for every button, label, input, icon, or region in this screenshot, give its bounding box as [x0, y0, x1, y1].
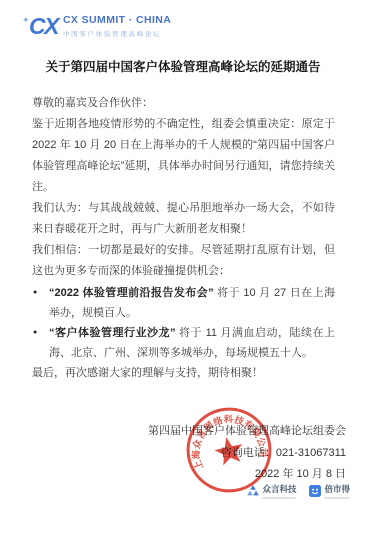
event-name: “2022 体验管理前沿报告发布会”: [49, 287, 214, 299]
sponsor-zhongyan: 众言科技: [247, 483, 296, 499]
sponsor-name: 众言科技: [262, 483, 296, 495]
bullet-item: “2022 体验管理前沿报告发布会” 将于 10 月 27 日在上海举办，规模百…: [32, 283, 335, 323]
brand-text: CX SUMMIT · CHINA 中国客户体验管理高峰论坛: [63, 14, 171, 38]
paragraph-reason: 我们认为：与其战战兢兢、提心吊胆地举办一场大会，不如待来日春暖花开之时，再与广大…: [32, 198, 335, 240]
brand-subtitle: 中国客户体验管理高峰论坛: [63, 29, 171, 38]
paragraph-belief: 我们相信：一切都是最好的安排。尽管延期打乱原有计划，但这也为更多专而深的体验碰撞…: [32, 240, 335, 282]
event-list: “2022 体验管理前沿报告发布会” 将于 10 月 27 日在上海举办，规模百…: [32, 283, 335, 363]
signature-phone: 咨询电话：021-31067311: [148, 443, 346, 465]
brand-logo: CX CX SUMMIT · CHINA 中国客户体验管理高峰论坛: [29, 13, 171, 39]
sponsor-logos: 众言科技 倍市得: [247, 483, 350, 499]
zhongyan-triangle-icon: [247, 485, 259, 496]
sponsor-name-wrap: 众言科技: [262, 483, 296, 499]
bullet-item: “客户体验管理行业沙龙” 将于 11 月满血启动，陆续在上海、北京、广州、深圳等…: [32, 323, 335, 363]
closing-line: 最后，再次感谢大家的理解与支持，期待相聚！: [32, 363, 335, 384]
page-title: 关于第四届中国客户体验管理高峰论坛的延期通告: [0, 57, 366, 75]
sponsor-name-wrap: 倍市得: [324, 483, 350, 499]
notice-page: CX CX SUMMIT · CHINA 中国客户体验管理高峰论坛 关于第四届中…: [0, 0, 366, 541]
beishide-smiley-icon: [309, 485, 321, 497]
signature-block: 第四届中国客户体验管理高峰论坛组委会 咨询电话：021-31067311 202…: [148, 421, 346, 486]
signature-organization: 第四届中国客户体验管理高峰论坛组委会: [148, 421, 346, 443]
sponsor-name: 倍市得: [324, 483, 350, 495]
sparkle-icon: [22, 7, 28, 33]
event-name: “客户体验管理行业沙龙”: [49, 327, 175, 339]
notice-body: 尊敬的嘉宾及合作伙伴： 鉴于近期各地疫情形势的不确定性，组委会慎重决定：原定于 …: [32, 93, 335, 384]
brand-name: CX SUMMIT · CHINA: [63, 14, 171, 26]
sponsor-beishide: 倍市得: [309, 483, 350, 499]
paragraph-postponement: 鉴于近期各地疫情形势的不确定性，组委会慎重决定：原定于 2022 年 10 月 …: [32, 114, 335, 198]
salutation: 尊敬的嘉宾及合作伙伴：: [32, 93, 335, 114]
cx-logo-icon: CX: [29, 13, 58, 39]
